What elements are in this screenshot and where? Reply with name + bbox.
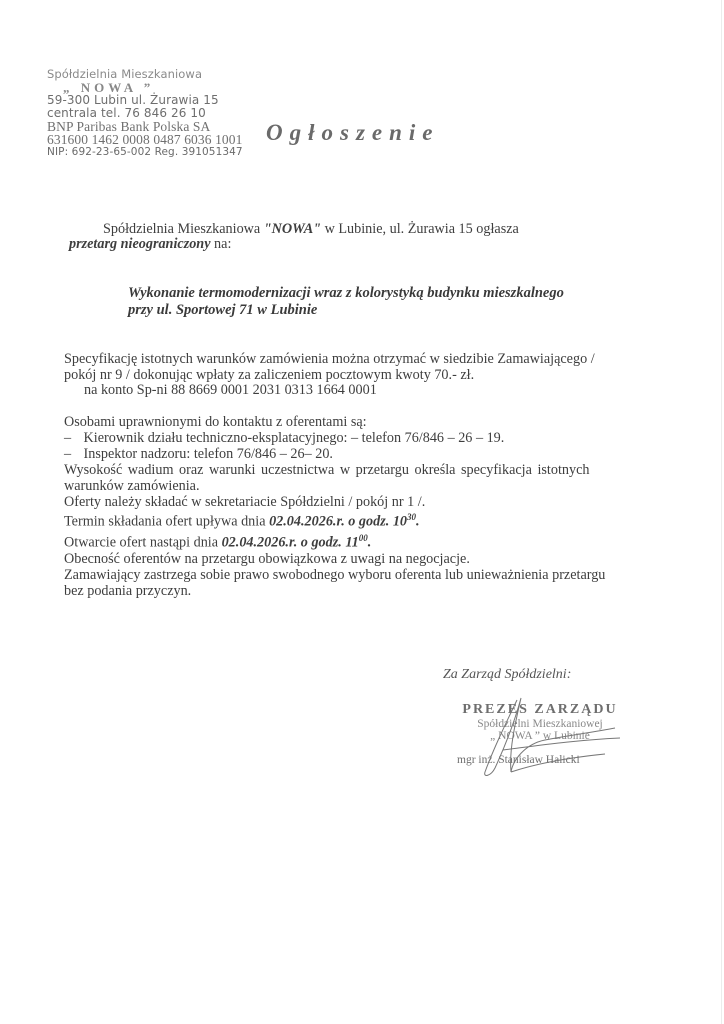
company-stamp: Spółdzielnia Mieszkaniowa „ NOWA ” 59-30… <box>47 68 237 159</box>
stamp-nip: NIP: 692-23-65-002 Reg. 391051347 <box>47 146 237 159</box>
deadline-minutes: 30 <box>407 512 416 522</box>
signature-stamp: PREZES ZARZĄDU Spółdzielni Mieszkaniowej… <box>455 702 625 766</box>
dash-bullet: – <box>64 431 80 447</box>
deadline-label: Termin składania ofert upływa dnia <box>64 514 269 530</box>
opening-label: Otwarcie ofert nastąpi dnia <box>64 535 222 551</box>
conditions-section: Osobami uprawnionymi do kontaktu z ofere… <box>64 415 644 599</box>
document-title: Ogłoszenie <box>266 120 440 146</box>
contact-item: – Kierownik działu techniczno-eksplatacy… <box>64 431 644 447</box>
deadline-date: 02.04.2026.r. o godz. 10 <box>269 514 407 530</box>
reservation-line-2: bez podania przyczyn. <box>64 584 644 600</box>
contacts-heading: Osobami uprawnionymi do kontaktu z ofere… <box>64 415 644 431</box>
contact-item: – Inspektor nadzoru: telefon 76/846 – 26… <box>64 447 644 463</box>
spec-line-1: Specyfikację istotnych warunków zamówien… <box>64 352 595 368</box>
intro-suffix: na: <box>211 236 232 252</box>
opening-minutes: 00 <box>359 533 368 543</box>
handwritten-signature-icon <box>445 680 635 790</box>
reservation-line-1: Zamawiający zastrzega sobie prawo swobod… <box>64 568 644 584</box>
stamp-account: 631600 1462 0008 0487 6036 1001 <box>47 133 237 146</box>
attendance-note: Obecność oferentów na przetargu obowiązk… <box>64 552 644 568</box>
opening-date: 02.04.2026.r. o godz. 11 <box>222 535 359 551</box>
wadium-line-1: Wysokość wadium oraz warunki uczestnictw… <box>64 463 644 479</box>
intro-text: Spółdzielnia Mieszkaniowa <box>103 221 264 237</box>
spec-line-2: pokój nr 9 / dokonując wpłaty za zalicze… <box>64 368 595 384</box>
contact-text: Kierownik działu techniczno-eksplatacyjn… <box>84 430 505 446</box>
cooperative-name: "NOWA" <box>264 221 321 237</box>
opening-line: Otwarcie ofert nastąpi dnia 02.04.2026.r… <box>64 531 644 552</box>
subject-line-2: przy ul. Sportowej 71 w Lubinie <box>128 302 564 319</box>
intro-address: w Lubinie, ul. Żurawia 15 ogłasza <box>321 221 519 237</box>
contact-text: Inspektor nadzoru: telefon 76/846 – 26– … <box>84 446 333 462</box>
dash-bullet: – <box>64 447 80 463</box>
offers-place: Oferty należy składać w sekretariacie Sp… <box>64 495 644 511</box>
bank-account-line: na konto Sp-ni 88 8669 0001 2031 0313 16… <box>64 383 595 399</box>
tender-subject: Wykonanie termomodernizacji wraz z kolor… <box>128 285 564 319</box>
tender-type: przetarg nieograniczony <box>69 236 211 252</box>
wadium-line-2: warunków zamówienia. <box>64 479 644 495</box>
scan-edge <box>721 0 722 1024</box>
deadline-line: Termin składania ofert upływa dnia 02.04… <box>64 510 644 531</box>
intro-line-2: przetarg nieograniczony na: <box>69 237 231 253</box>
subject-line-1: Wykonanie termomodernizacji wraz z kolor… <box>128 285 564 302</box>
specification-paragraph: Specyfikację istotnych warunków zamówien… <box>64 352 595 399</box>
